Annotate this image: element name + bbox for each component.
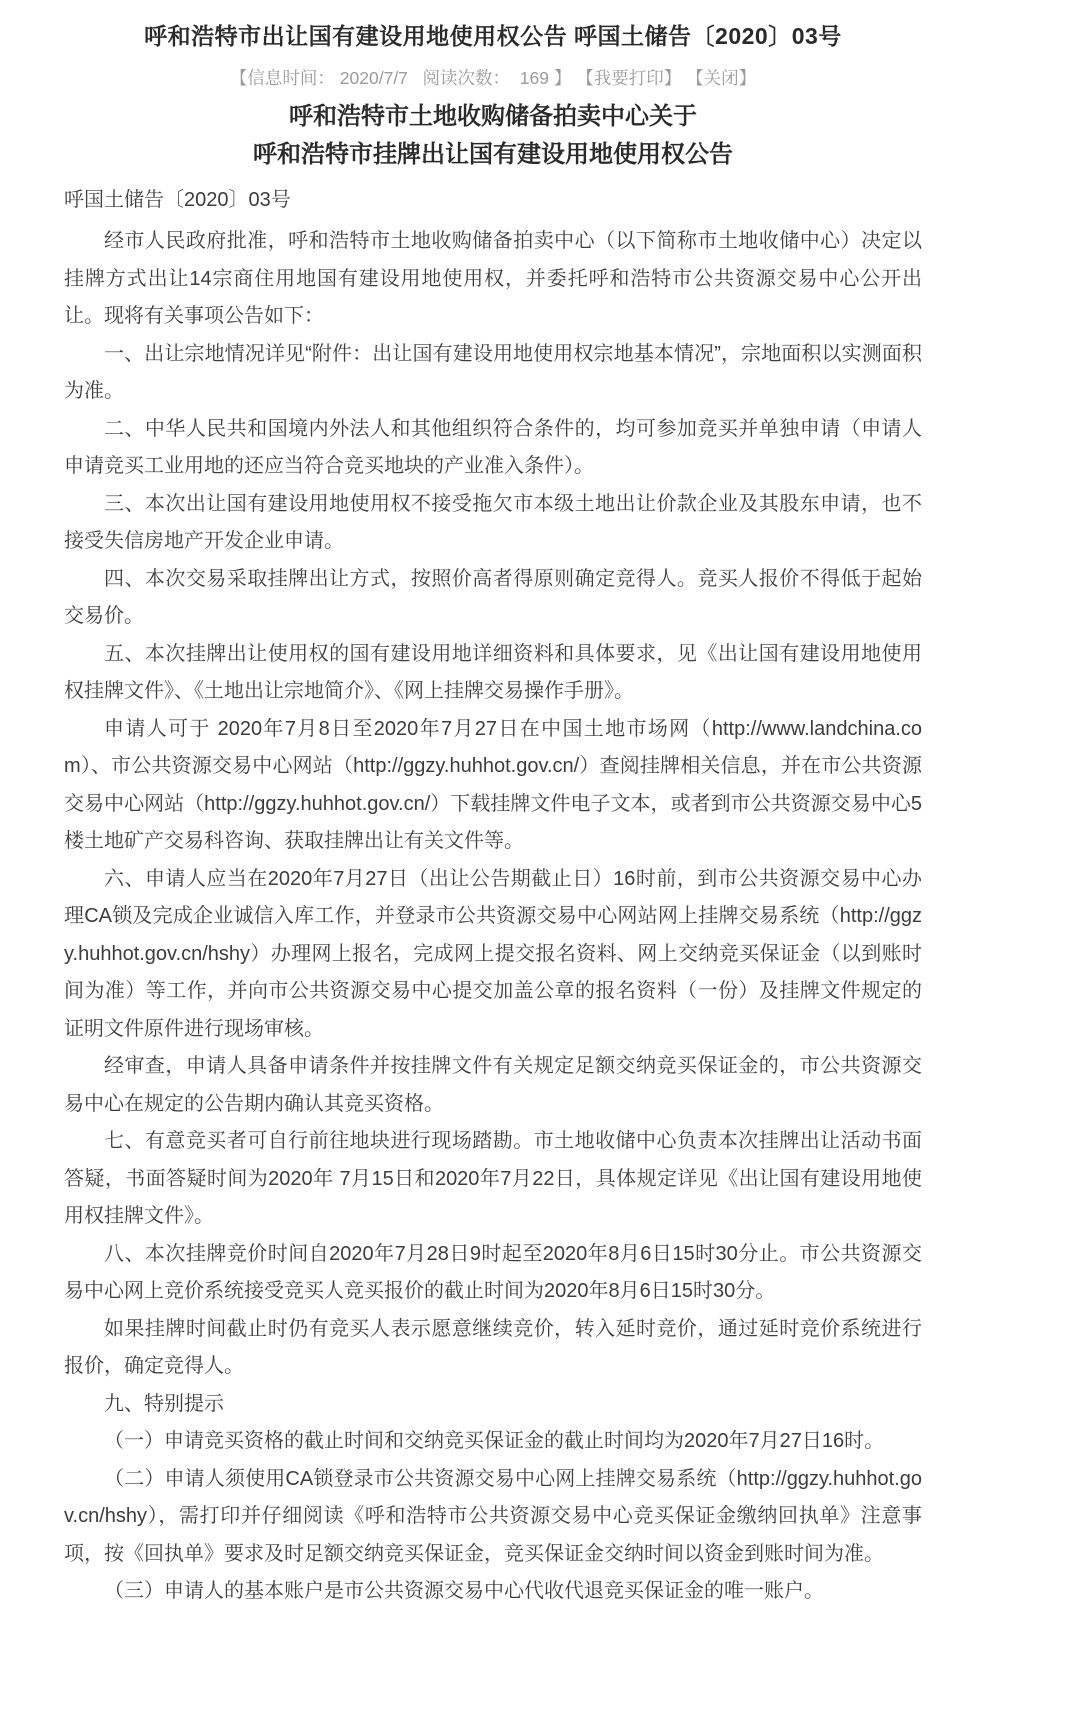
paragraph-item-1: 一、出让宗地情况详见“附件：出让国有建设用地使用权宗地基本情况”，宗地面积以实测… [64, 336, 922, 411]
paragraph-item-7: 七、有意竞买者可自行前往地块进行现场踏勘。市土地收储中心负责本次挂牌出让活动书面… [64, 1123, 922, 1236]
info-time-label: 【信息时间： [230, 68, 335, 88]
meta-close-bracket: 】 [554, 68, 572, 88]
paragraph-note-2: （二）申请人须使用CA锁登录市公共资源交易中心网上挂牌交易系统（http://g… [64, 1461, 922, 1574]
paragraph-intro: 经市人民政府批准，呼和浩特市土地收购储备拍卖中心（以下简称市土地收储中心）决定以… [64, 223, 922, 336]
paragraph-item-4: 四、本次交易采取挂牌出让方式，按照价高者得原则确定竞得人。竞买人报价不得低于起始… [64, 561, 922, 636]
info-time-value: 2020/7/7 [340, 68, 408, 88]
paragraph-item-5: 五、本次挂牌出让使用权的国有建设用地详细资料和具体要求，见《出让国有建设用地使用… [64, 636, 922, 711]
paragraph-item-9: 九、特别提示 [64, 1386, 922, 1424]
paragraph-item-3: 三、本次出让国有建设用地使用权不接受拖欠市本级土地出让价款企业及其股东申请，也不… [64, 486, 922, 561]
paragraph-item-6: 六、申请人应当在2020年7月27日（出让公告期截止日）16时前，到市公共资源交… [64, 861, 922, 1049]
meta-line: 【信息时间： 2020/7/7 阅读次数： 169 】 【我要打印】 【关闭】 [64, 62, 922, 98]
paragraph-extension: 如果挂牌时间截止时仍有竞买人表示愿意继续竞价，转入延时竞价，通过延时竞价系统进行… [64, 1311, 922, 1386]
paragraph-note-3: （三）申请人的基本账户是市公共资源交易中心代收代退竞买保证金的唯一账户。 [64, 1573, 922, 1611]
print-button[interactable]: 【我要打印】 [576, 68, 681, 88]
read-count-value: 169 [520, 68, 549, 88]
paragraph-item-8: 八、本次挂牌竞价时间自2020年7月28日9时起至2020年8月6日15时30分… [64, 1236, 922, 1311]
subtitle-line-1: 呼和浩特市土地收购储备拍卖中心关于 [64, 98, 922, 136]
paragraph-apply-info: 申请人可于 2020年7月8日至2020年7月27日在中国土地市场网（http:… [64, 711, 922, 861]
subtitle-line-2: 呼和浩特市挂牌出让国有建设用地使用权公告 [64, 136, 922, 174]
read-count-label: 阅读次数： [423, 68, 511, 88]
page-title: 呼和浩特市出让国有建设用地使用权公告 呼国土储告〔2020〕03号 [64, 16, 922, 62]
paragraph-note-1: （一）申请竞买资格的截止时间和交纳竞买保证金的截止时间均为2020年7月27日1… [64, 1423, 922, 1461]
close-button[interactable]: 【关闭】 [686, 68, 756, 88]
paragraph-item-2: 二、中华人民共和国境内外法人和其他组织符合条件的，均可参加竞买并单独申请（申请人… [64, 411, 922, 486]
paragraph-review: 经审查，申请人具备申请条件并按挂牌文件有关规定足额交纳竞买保证金的，市公共资源交… [64, 1048, 922, 1123]
announcement-page: 呼和浩特市出让国有建设用地使用权公告 呼国土储告〔2020〕03号 【信息时间：… [64, 0, 922, 1611]
doc-number: 呼国土储告〔2020〕03号 [64, 182, 922, 219]
announcement-body: 经市人民政府批准，呼和浩特市土地收购储备拍卖中心（以下简称市土地收储中心）决定以… [64, 223, 922, 1611]
